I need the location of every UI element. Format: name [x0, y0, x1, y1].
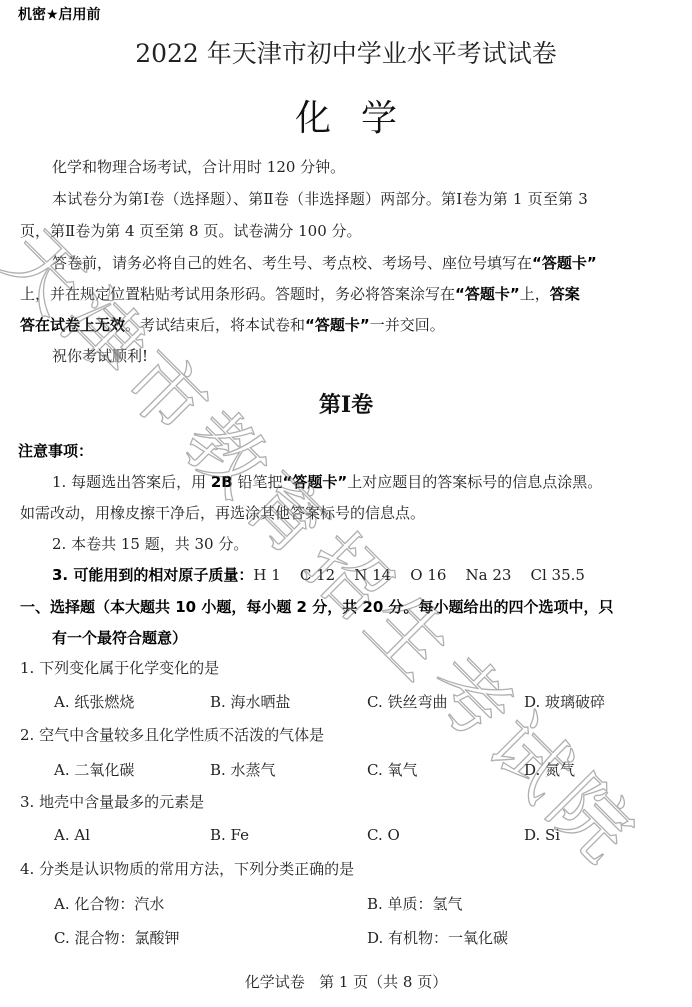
question-1-option-d: D. 玻璃破碎	[524, 691, 605, 712]
notice-text: 1. 每题选出答案后，用	[52, 473, 206, 491]
subject-title: 化学	[0, 90, 692, 141]
question-2-option-a: A. 二氧化碳	[54, 759, 134, 780]
intro-line-3: 页，第Ⅱ卷为第 4 页至第 8 页。试卷满分 100 分。	[20, 221, 362, 241]
notice-text: 上对应题目的答案标号的信息点涂黑。	[347, 473, 602, 491]
page-footer: 化学试卷 第 1 页（共 8 页）	[0, 971, 692, 992]
bold-text: 答案	[550, 285, 580, 303]
intro-text: 。考试结束后，将本试卷和	[125, 316, 305, 334]
section-heading: 一、选择题（本大题共 10 小题，每小题 2 分，共 20 分。每小题给出的四个…	[20, 596, 614, 617]
exam-page: 机密★启用前 2022 年天津市初中学业水平考试试卷 化学 化学和物理合场考试，…	[0, 0, 692, 1007]
intro-line-5: 上，并在规定位置粘贴考试用条形码。答题时，务必将答案涂写在“答题卡”上，答案	[20, 284, 580, 304]
question-1-option-c: C. 铁丝弯曲	[367, 691, 447, 712]
notice-item-1: 1. 每题选出答案后，用 2B 铅笔把“答题卡”上对应题目的答案标号的信息点涂黑…	[52, 472, 602, 492]
notice-text: 铅笔把	[238, 473, 283, 491]
atomic-masses: H 1 C 12 N 14 O 16 Na 23 Cl 35.5	[253, 566, 585, 584]
question-2-option-d: D. 氮气	[524, 759, 575, 780]
intro-text: 上，	[520, 285, 550, 303]
question-2-stem: 2. 空气中含量较多且化学性质不活泼的气体是	[20, 725, 324, 745]
question-4-option-a: A. 化合物：汽水	[54, 893, 164, 914]
notice-item-1-cont: 如需改动，用橡皮擦干净后，再选涂其他答案标号的信息点。	[20, 503, 425, 523]
intro-text: 答卷前，请务必将自己的姓名、考生号、考点校、考场号、座位号填写在	[52, 254, 532, 272]
answer-card-label: “答题卡”	[305, 316, 370, 334]
question-3-option-a: A. Al	[54, 826, 90, 844]
answer-card-label: “答题卡”	[283, 473, 348, 491]
question-2-option-c: C. 氧气	[367, 759, 417, 780]
answer-card-label: “答题卡”	[455, 285, 520, 303]
notice-item-2: 2. 本卷共 15 题，共 30 分。	[52, 534, 248, 554]
section-heading-cont: 有一个最符合题意）	[52, 627, 187, 648]
question-2-option-b: B. 水蒸气	[210, 759, 276, 780]
notice-item-3: 3. 可能用到的相对原子质量：H 1 C 12 N 14 O 16 Na 23 …	[52, 565, 585, 585]
intro-line-2: 本试卷分为第Ⅰ卷（选择题）、第Ⅱ卷（非选择题）两部分。第Ⅰ卷为第 1 页至第 3	[52, 189, 588, 209]
answer-card-label: “答题卡”	[532, 254, 597, 272]
question-4-option-b: B. 单质：氢气	[367, 893, 463, 914]
question-1-option-a: A. 纸张燃烧	[54, 691, 134, 712]
question-3-option-c: C. O	[367, 826, 400, 844]
intro-line-1: 化学和物理合场考试，合计用时 120 分钟。	[52, 157, 345, 177]
exam-title: 2022 年天津市初中学业水平考试试卷	[0, 34, 692, 70]
notice-label: 3. 可能用到的相对原子质量：	[52, 566, 253, 584]
intro-line-6: 答在试卷上无效。考试结束后，将本试卷和“答题卡”一并交回。	[20, 315, 445, 335]
question-4-stem: 4. 分类是认识物质的常用方法，下列分类正确的是	[20, 859, 354, 879]
question-3-option-d: D. Si	[524, 826, 560, 844]
pencil-label: 2B	[211, 473, 233, 491]
question-3-stem: 3. 地壳中含量最多的元素是	[20, 792, 204, 812]
question-4-option-d: D. 有机物：一氧化碳	[367, 927, 508, 948]
intro-line-7: 祝你考试顺利!	[52, 346, 148, 366]
volume-title: 第Ⅰ卷	[0, 388, 692, 419]
question-1-option-b: B. 海水晒盐	[210, 691, 291, 712]
question-3-option-b: B. Fe	[210, 826, 249, 844]
notice-heading: 注意事项：	[18, 440, 93, 461]
question-4-option-c: C. 混合物：氯酸钾	[54, 927, 179, 948]
intro-text: 一并交回。	[370, 316, 445, 334]
confidential-label: 机密★启用前	[18, 4, 101, 24]
question-1-stem: 1. 下列变化属于化学变化的是	[20, 658, 219, 678]
intro-text: 上，并在规定位置粘贴考试用条形码。答题时，务必将答案涂写在	[20, 285, 455, 303]
bold-text: 答在试卷上无效	[20, 316, 125, 334]
intro-line-4: 答卷前，请务必将自己的姓名、考生号、考点校、考场号、座位号填写在“答题卡”	[52, 253, 597, 273]
